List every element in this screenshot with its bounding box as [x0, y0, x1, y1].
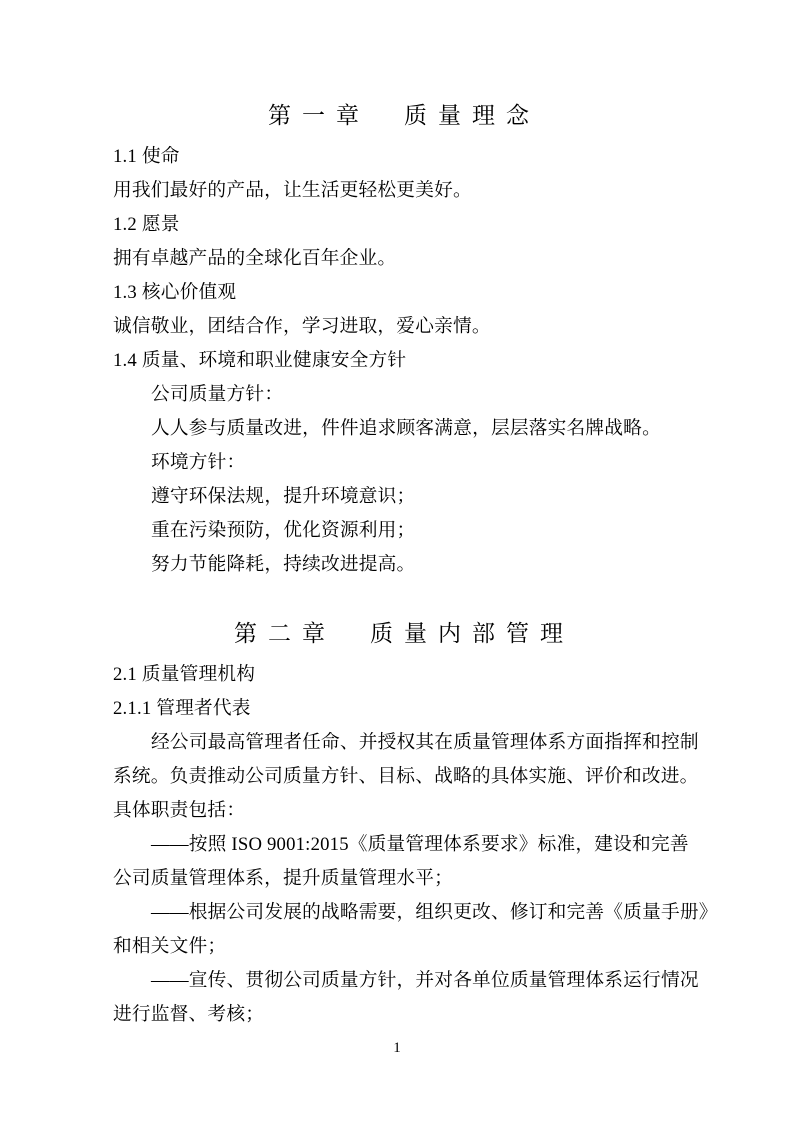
body-line: 努力节能降耗，持续改进提高。	[113, 548, 684, 582]
body-line: 诚信敬业，团结合作，学习进取，爱心亲情。	[113, 310, 684, 344]
heading-1-4: 1.4 质量、环境和职业健康安全方针	[113, 344, 684, 378]
body-line: 和相关文件；	[113, 930, 684, 964]
body-line: 经公司最高管理者任命、并授权其在质量管理体系方面指挥和控制	[113, 726, 684, 760]
document-page: 第一章 质量理念 1.1 使命 用我们最好的产品，让生活更轻松更美好。 1.2 …	[0, 0, 794, 1123]
body-line: 进行监督、考核；	[113, 998, 684, 1032]
heading-1-1: 1.1 使命	[113, 140, 684, 174]
body-line: ——根据公司发展的战略需要，组织更改、修订和完善《质量手册》	[113, 896, 684, 930]
chapter-2-title: 第二章 质量内部管理	[113, 614, 684, 654]
body-line: 人人参与质量改进，件件追求顾客满意，层层落实名牌战略。	[113, 412, 684, 446]
body-line: 公司质量方针：	[113, 378, 684, 412]
body-line: 具体职责包括：	[113, 794, 684, 828]
body-line: 拥有卓越产品的全球化百年企业。	[113, 242, 684, 276]
body-line: 用我们最好的产品，让生活更轻松更美好。	[113, 174, 684, 208]
body-line: 系统。负责推动公司质量方针、目标、战略的具体实施、评价和改进。	[113, 760, 684, 794]
body-line: 公司质量管理体系，提升质量管理水平；	[113, 862, 684, 896]
body-line: 遵守环保法规，提升环境意识；	[113, 480, 684, 514]
body-line: 重在污染预防，优化资源利用；	[113, 514, 684, 548]
heading-1-2: 1.2 愿景	[113, 208, 684, 242]
page-number: 1	[0, 1039, 794, 1057]
chapter-1-title: 第一章 质量理念	[113, 96, 684, 136]
body-line: ——宣传、贯彻公司质量方针，并对各单位质量管理体系运行情况	[113, 964, 684, 998]
heading-2-1: 2.1 质量管理机构	[113, 658, 684, 692]
heading-1-3: 1.3 核心价值观	[113, 276, 684, 310]
body-line: 环境方针：	[113, 446, 684, 480]
heading-2-1-1: 2.1.1 管理者代表	[113, 692, 684, 726]
body-line: ——按照 ISO 9001:2015《质量管理体系要求》标准，建设和完善	[113, 828, 684, 862]
